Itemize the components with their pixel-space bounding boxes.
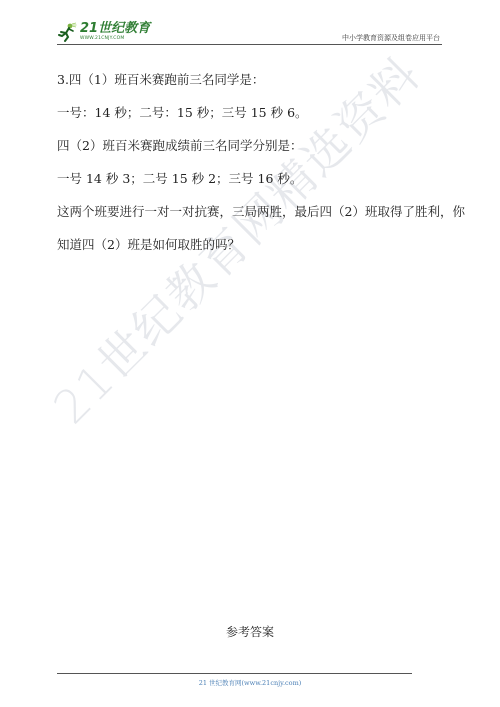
page-header: 21世纪教育 WWW.21CNJY.COM 中小学教育资源及组卷应用平台: [57, 22, 442, 46]
logo-url: WWW.21CNJY.COM: [80, 36, 150, 41]
header-platform-text: 中小学教育资源及组卷应用平台: [342, 34, 440, 43]
logo-title: 21世纪教育: [80, 22, 150, 36]
logo: 21世纪教育 WWW.21CNJY.COM: [57, 22, 150, 44]
question-body-line1: 这两个班要进行一对一对抗赛，三局两胜，最后四（2）班取得了胜利，你: [57, 195, 447, 228]
question-title: 3.四（1）班百米赛跑前三名同学是：: [57, 63, 447, 96]
class1-results: 一号：14 秒；二号：15 秒；三号 15 秒 6。: [57, 96, 447, 129]
header-divider: [57, 44, 442, 45]
runner-icon: [57, 22, 77, 42]
question-content: 3.四（1）班百米赛跑前三名同学是： 一号：14 秒；二号：15 秒；三号 15…: [57, 63, 447, 261]
footer-link[interactable]: 21 世纪教育网(www.21cnjy.com): [0, 678, 500, 687]
footer-divider: [57, 673, 412, 674]
class2-heading: 四（2）班百米赛跑成绩前三名同学分别是：: [57, 129, 447, 162]
answer-section-title: 参考答案: [0, 623, 500, 640]
class2-results: 一号 14 秒 3；二号 15 秒 2；三号 16 秒。: [57, 162, 447, 195]
question-body-line2: 知道四（2）班是如何取胜的吗？: [57, 228, 447, 261]
